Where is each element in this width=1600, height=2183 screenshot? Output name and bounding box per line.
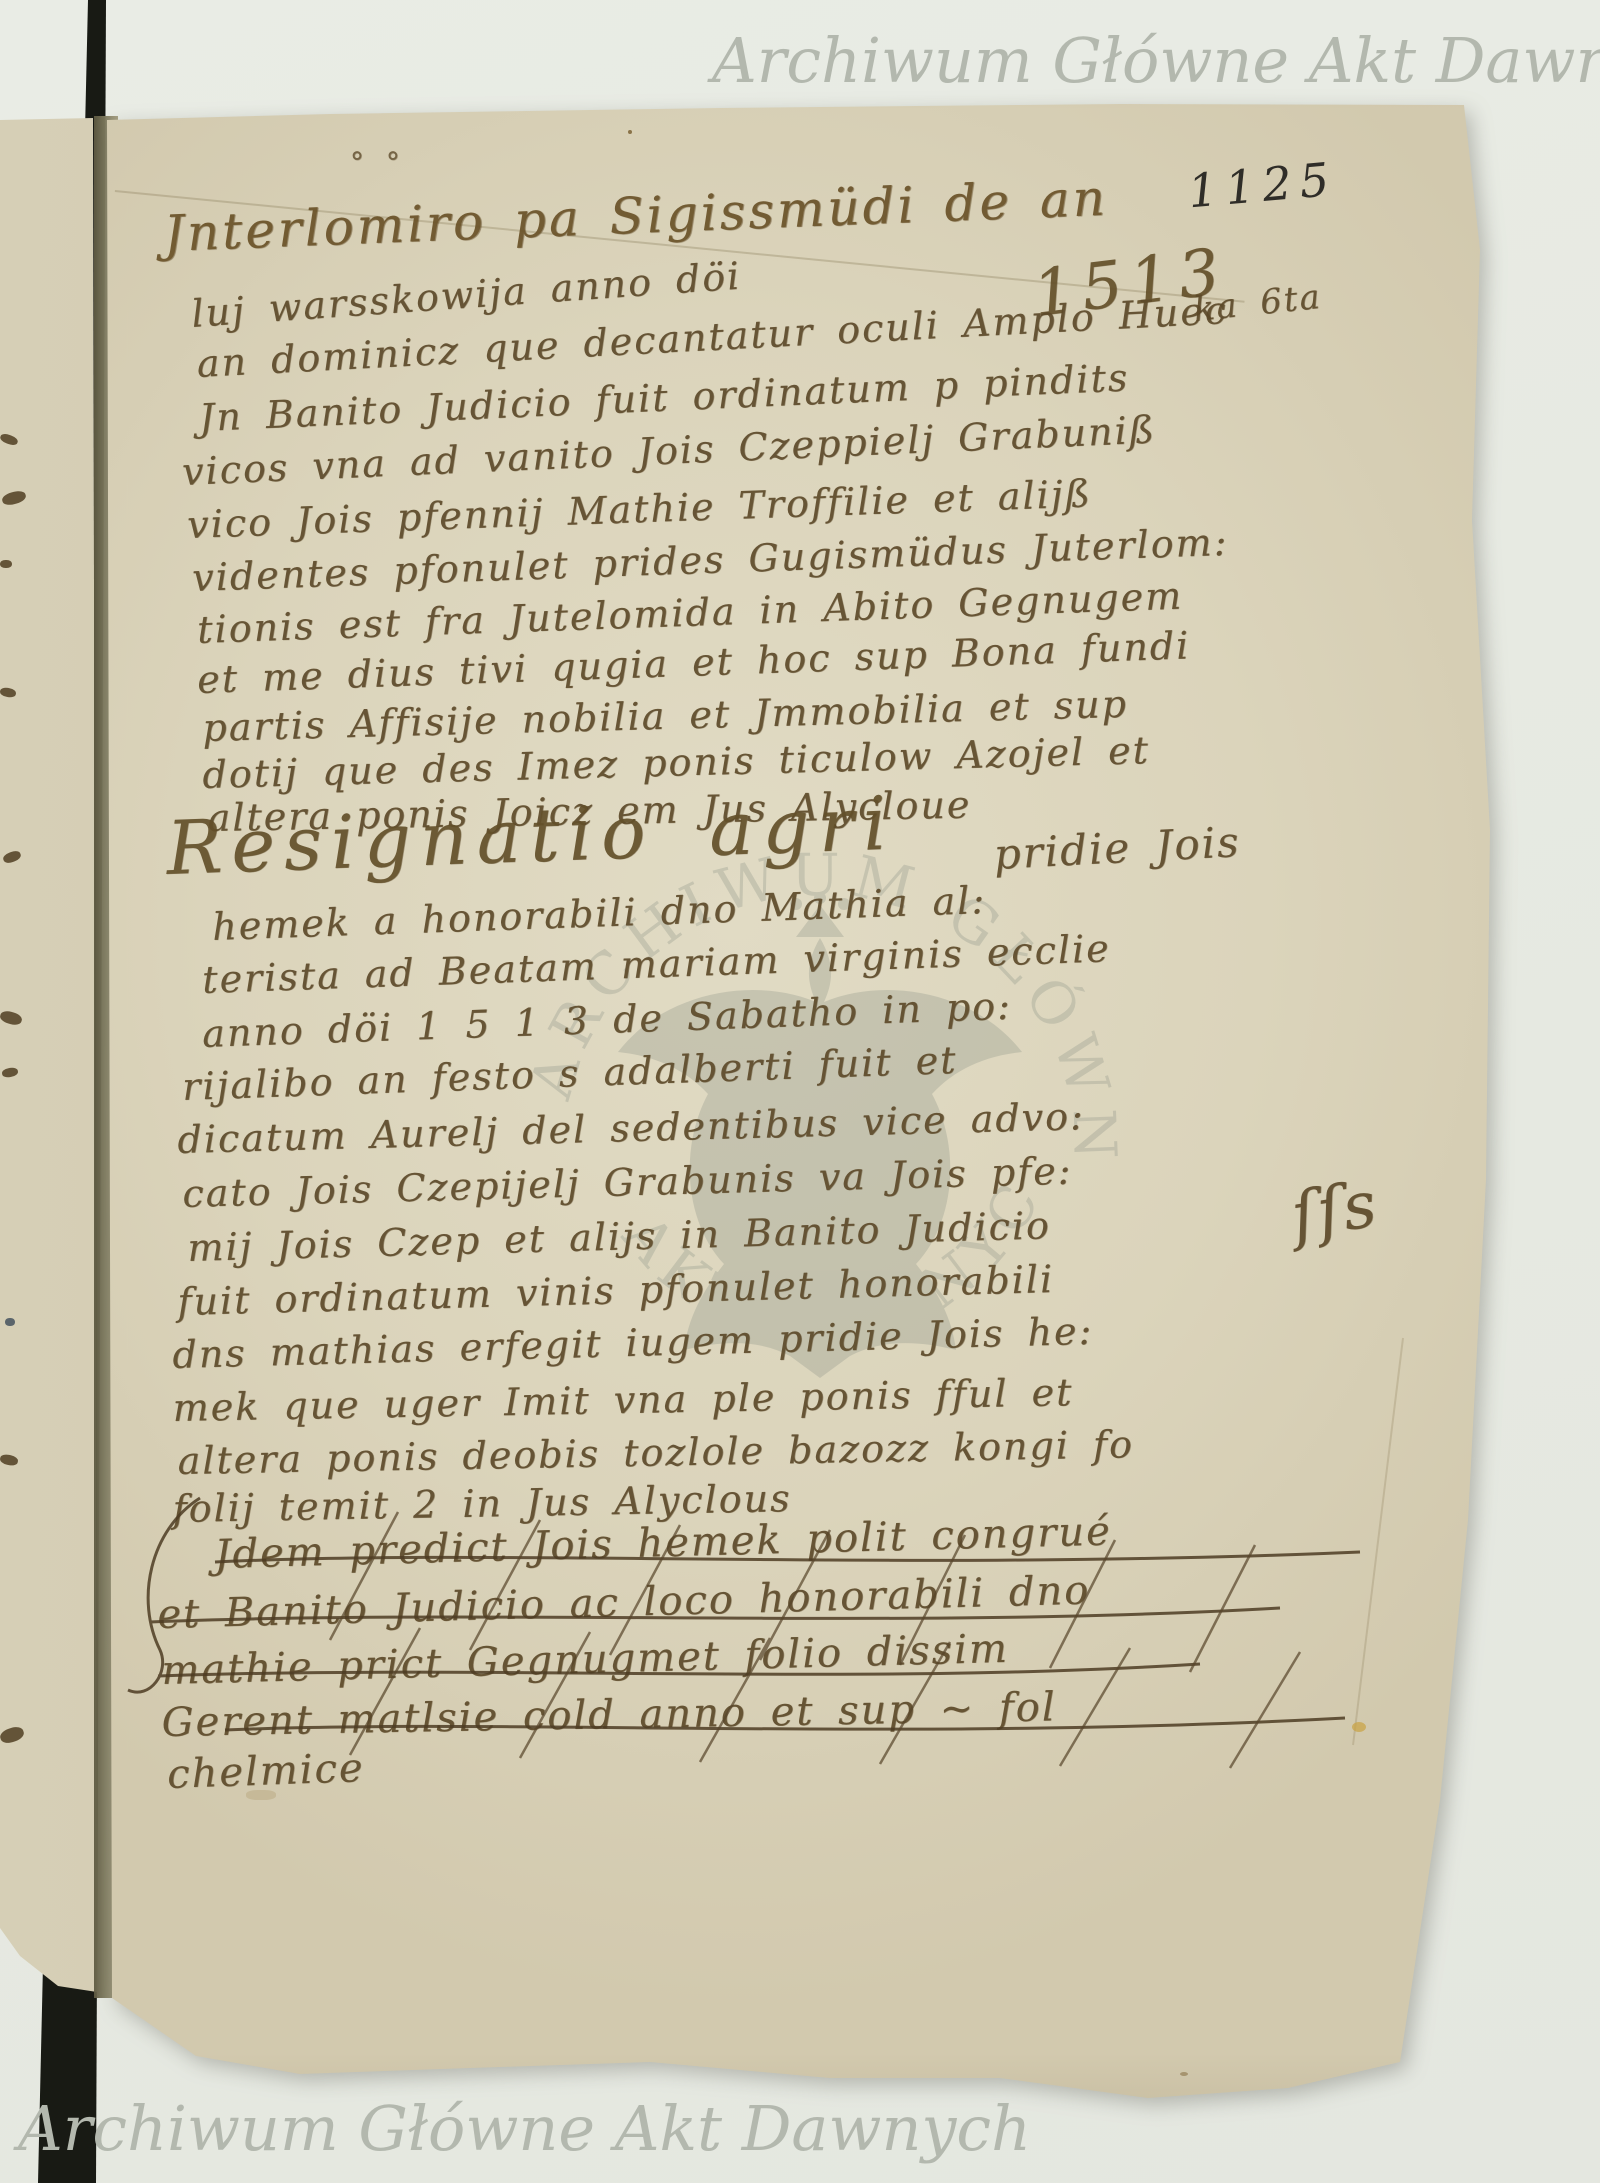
manuscript-page: ARCHIWUM GŁÓWNE AKT DAWNYCH 1125 Jnterlo…	[0, 0, 1600, 2183]
archive-watermark-bottom: Archiwum Główne Akt Dawnych	[18, 2092, 1031, 2165]
parchment: ARCHIWUM GŁÓWNE AKT DAWNYCH 1125 Jnterlo…	[0, 0, 1600, 2183]
manuscript-scan: ARCHIWUM GŁÓWNE AKT DAWNYCH 1125 Jnterlo…	[0, 0, 1600, 2183]
strikethrough-marks	[0, 0, 1600, 2183]
archive-watermark-top: Archiwum Główne Akt Dawnych	[712, 24, 1600, 97]
